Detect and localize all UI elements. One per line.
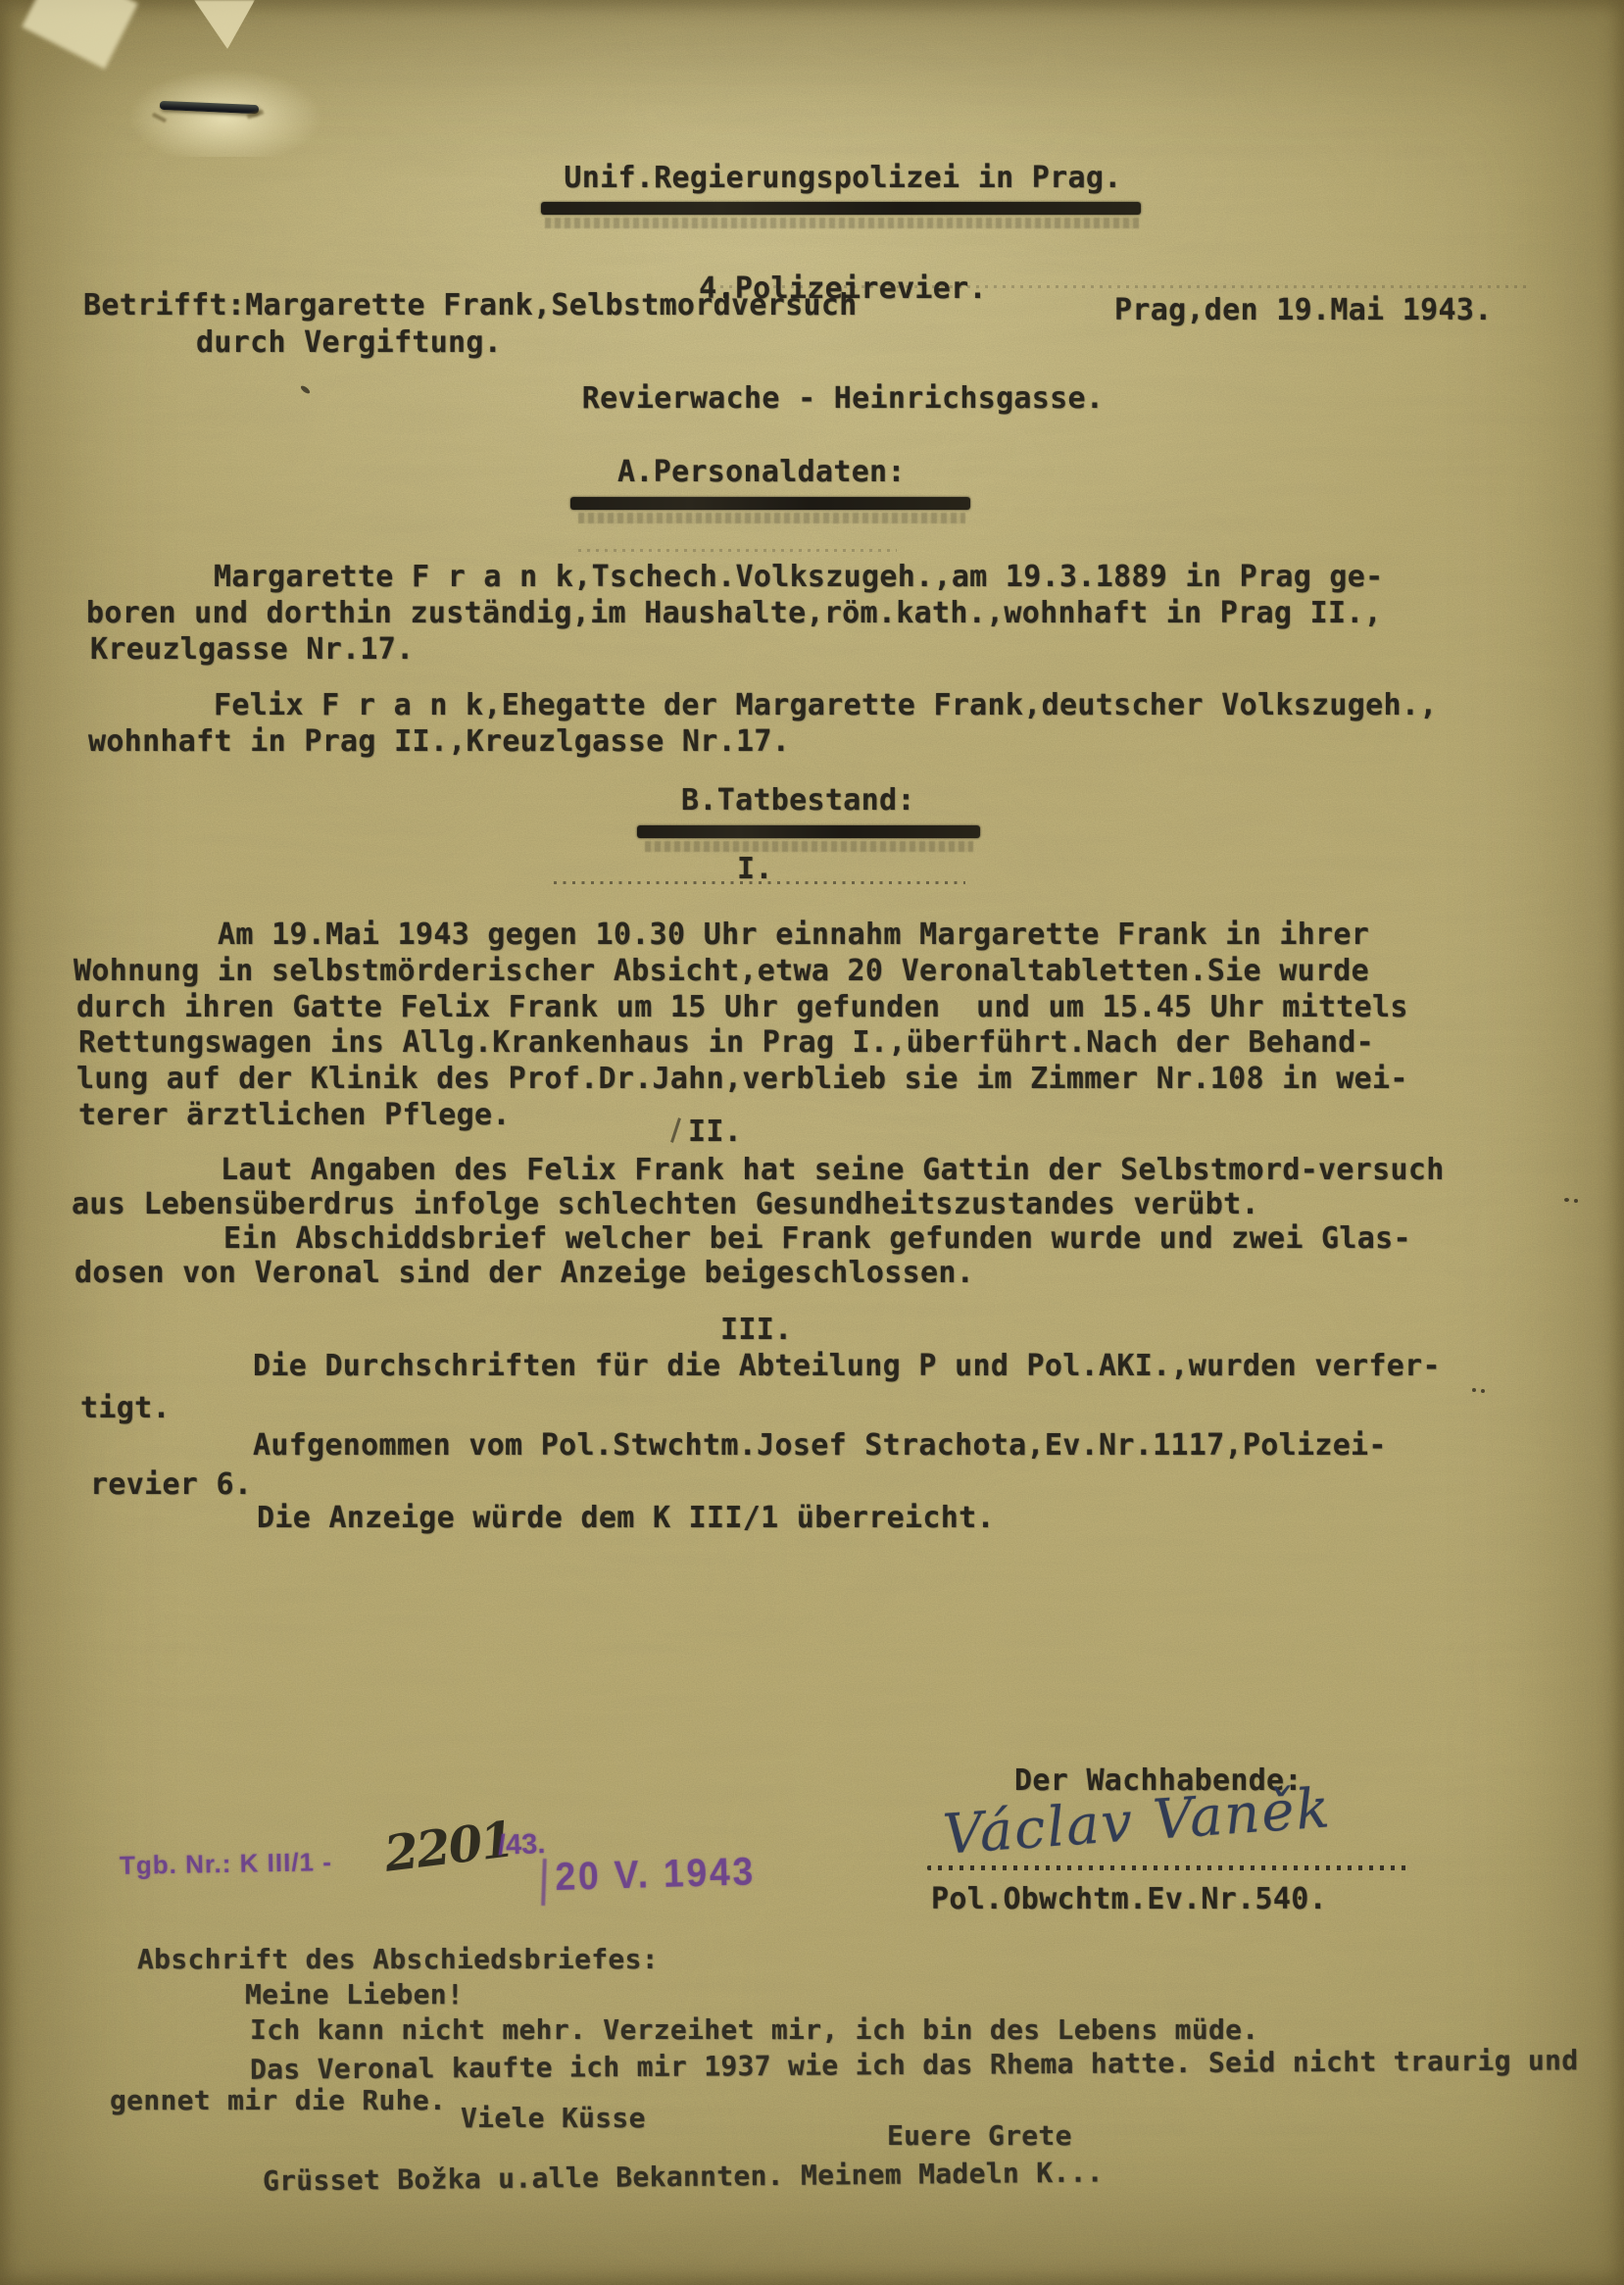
- corner-tear: [22, 0, 138, 69]
- typed-line: tigt.: [80, 1392, 171, 1425]
- staple-halo: [127, 69, 323, 157]
- handwritten-signature: Václav Vaněk: [941, 1776, 1333, 1867]
- typed-line: durch ihren Gatte Felix Frank um 15 Uhr …: [76, 991, 1408, 1024]
- typed-line: boren und dorthin zuständig,im Haushalte…: [86, 597, 1382, 630]
- typed-line: Margarette F r a n k,Tschech.Volkszugeh.…: [214, 561, 1384, 594]
- subject-line-2: durch Vergiftung.: [196, 326, 502, 360]
- letter-salutation: Meine Lieben!: [245, 1978, 464, 2012]
- date-stamp: 20 V. 1943: [555, 1850, 756, 1900]
- letterhead-line-3: Revierwache - Heinrichsgasse.: [392, 380, 1294, 418]
- section-a-heading: A.Personaldaten:: [617, 456, 906, 489]
- typed-line: Aufgenommen vom Pol.Stwchtm.Josef Strach…: [253, 1429, 1387, 1463]
- typed-line: Am 19.Mai 1943 gegen 10.30 Uhr einnahm M…: [218, 919, 1369, 952]
- typed-line: gennet mir die Ruhe.: [110, 2084, 446, 2117]
- scanned-police-report: Unif.Regierungspolizei in Prag. 4.Polize…: [0, 0, 1624, 2285]
- typed-line: terer ärztlichen Pflege.: [78, 1099, 511, 1132]
- letter-postscript: Grüsset Božka u.alle Bekannten. Meinem M…: [263, 2157, 1104, 2199]
- place-date: Prag,den 19.Mai 1943.: [1114, 294, 1493, 327]
- date-stamp-frame: [541, 1859, 547, 1906]
- ink-speck: [1481, 1389, 1485, 1393]
- letter-heading: Abschrift des Abschiedsbriefes:: [137, 1943, 659, 1976]
- signature-rank: Pol.Obwchtm.Ev.Nr.540.: [931, 1883, 1327, 1916]
- subject-line-1: Betrifft:Margarette Frank,Selbstmordvers…: [83, 289, 858, 323]
- staple: [160, 101, 259, 114]
- registry-stamp: Tgb. Nr.: K III/1 -: [120, 1847, 332, 1881]
- typed-line: Wohnung in selbstmörderischer Absicht,et…: [74, 955, 1369, 988]
- typed-line: Felix F r a n k,Ehegatte der Margarette …: [214, 689, 1438, 722]
- ghost-dotted-line: [578, 549, 897, 552]
- typed-line: lung auf der Klinik des Prof.Dr.Jahn,ver…: [76, 1063, 1408, 1096]
- edge-fold: [194, 0, 255, 49]
- letter-closing-left: Viele Küsse: [461, 2102, 646, 2135]
- typed-line: dosen von Veronal sind der Anzeige beige…: [74, 1257, 974, 1290]
- letterhead-underline-ghost: [545, 218, 1139, 228]
- section-a-underline-ghost: [578, 513, 965, 523]
- typed-line: Laut Angaben des Felix Frank hat seine G…: [221, 1154, 1445, 1187]
- stray-slash-mark: [670, 1118, 681, 1143]
- typed-line: Rettungswagen ins Allg.Krankenhaus in Pr…: [78, 1026, 1374, 1060]
- ink-speck: [1472, 1388, 1476, 1392]
- letterhead-underline: [541, 202, 1141, 215]
- part-2-label: II.: [688, 1116, 742, 1149]
- registry-stamp-year: /43.: [497, 1828, 545, 1863]
- handwritten-registry-number: 2201: [381, 1810, 516, 1883]
- letterhead-line-1: Unif.Regierungspolizei in Prag.: [392, 160, 1294, 197]
- typed-line: Die Durchschriften für die Abteilung P u…: [253, 1350, 1441, 1383]
- ink-speck: [1574, 1199, 1578, 1203]
- section-b-underline-ghost: [645, 841, 973, 852]
- signature-dotted-line: [927, 1865, 1409, 1870]
- section-a-underline: [570, 497, 970, 510]
- typed-line: revier 6.: [90, 1468, 252, 1502]
- typed-line: Ein Abschiddsbrief welcher bei Frank gef…: [223, 1222, 1411, 1256]
- typed-line: aus Lebensüberdrus infolge schlechten Ge…: [72, 1188, 1259, 1221]
- part-3-label: III.: [720, 1314, 792, 1347]
- section-b-heading: B.Tatbestand:: [681, 784, 915, 818]
- staple-nick: [152, 113, 167, 124]
- typed-line: Das Veronal kaufte ich mir 1937 wie ich …: [250, 2044, 1579, 2086]
- typed-line: wohnhaft in Prag II.,Kreuzlgasse Nr.17.: [88, 725, 790, 759]
- typed-line: Ich kann nicht mehr. Verzeihet mir, ich …: [250, 2013, 1258, 2047]
- section-b-underline: [637, 825, 980, 838]
- ink-speck: [1564, 1198, 1569, 1202]
- dotted-rule: [554, 881, 965, 884]
- letter-closing-right: Euere Grete: [887, 2119, 1072, 2153]
- ink-speck: [300, 384, 312, 395]
- typed-line: Die Anzeige würde dem K III/1 überreicht…: [257, 1502, 995, 1535]
- typed-line: Kreuzlgasse Nr.17.: [90, 633, 415, 667]
